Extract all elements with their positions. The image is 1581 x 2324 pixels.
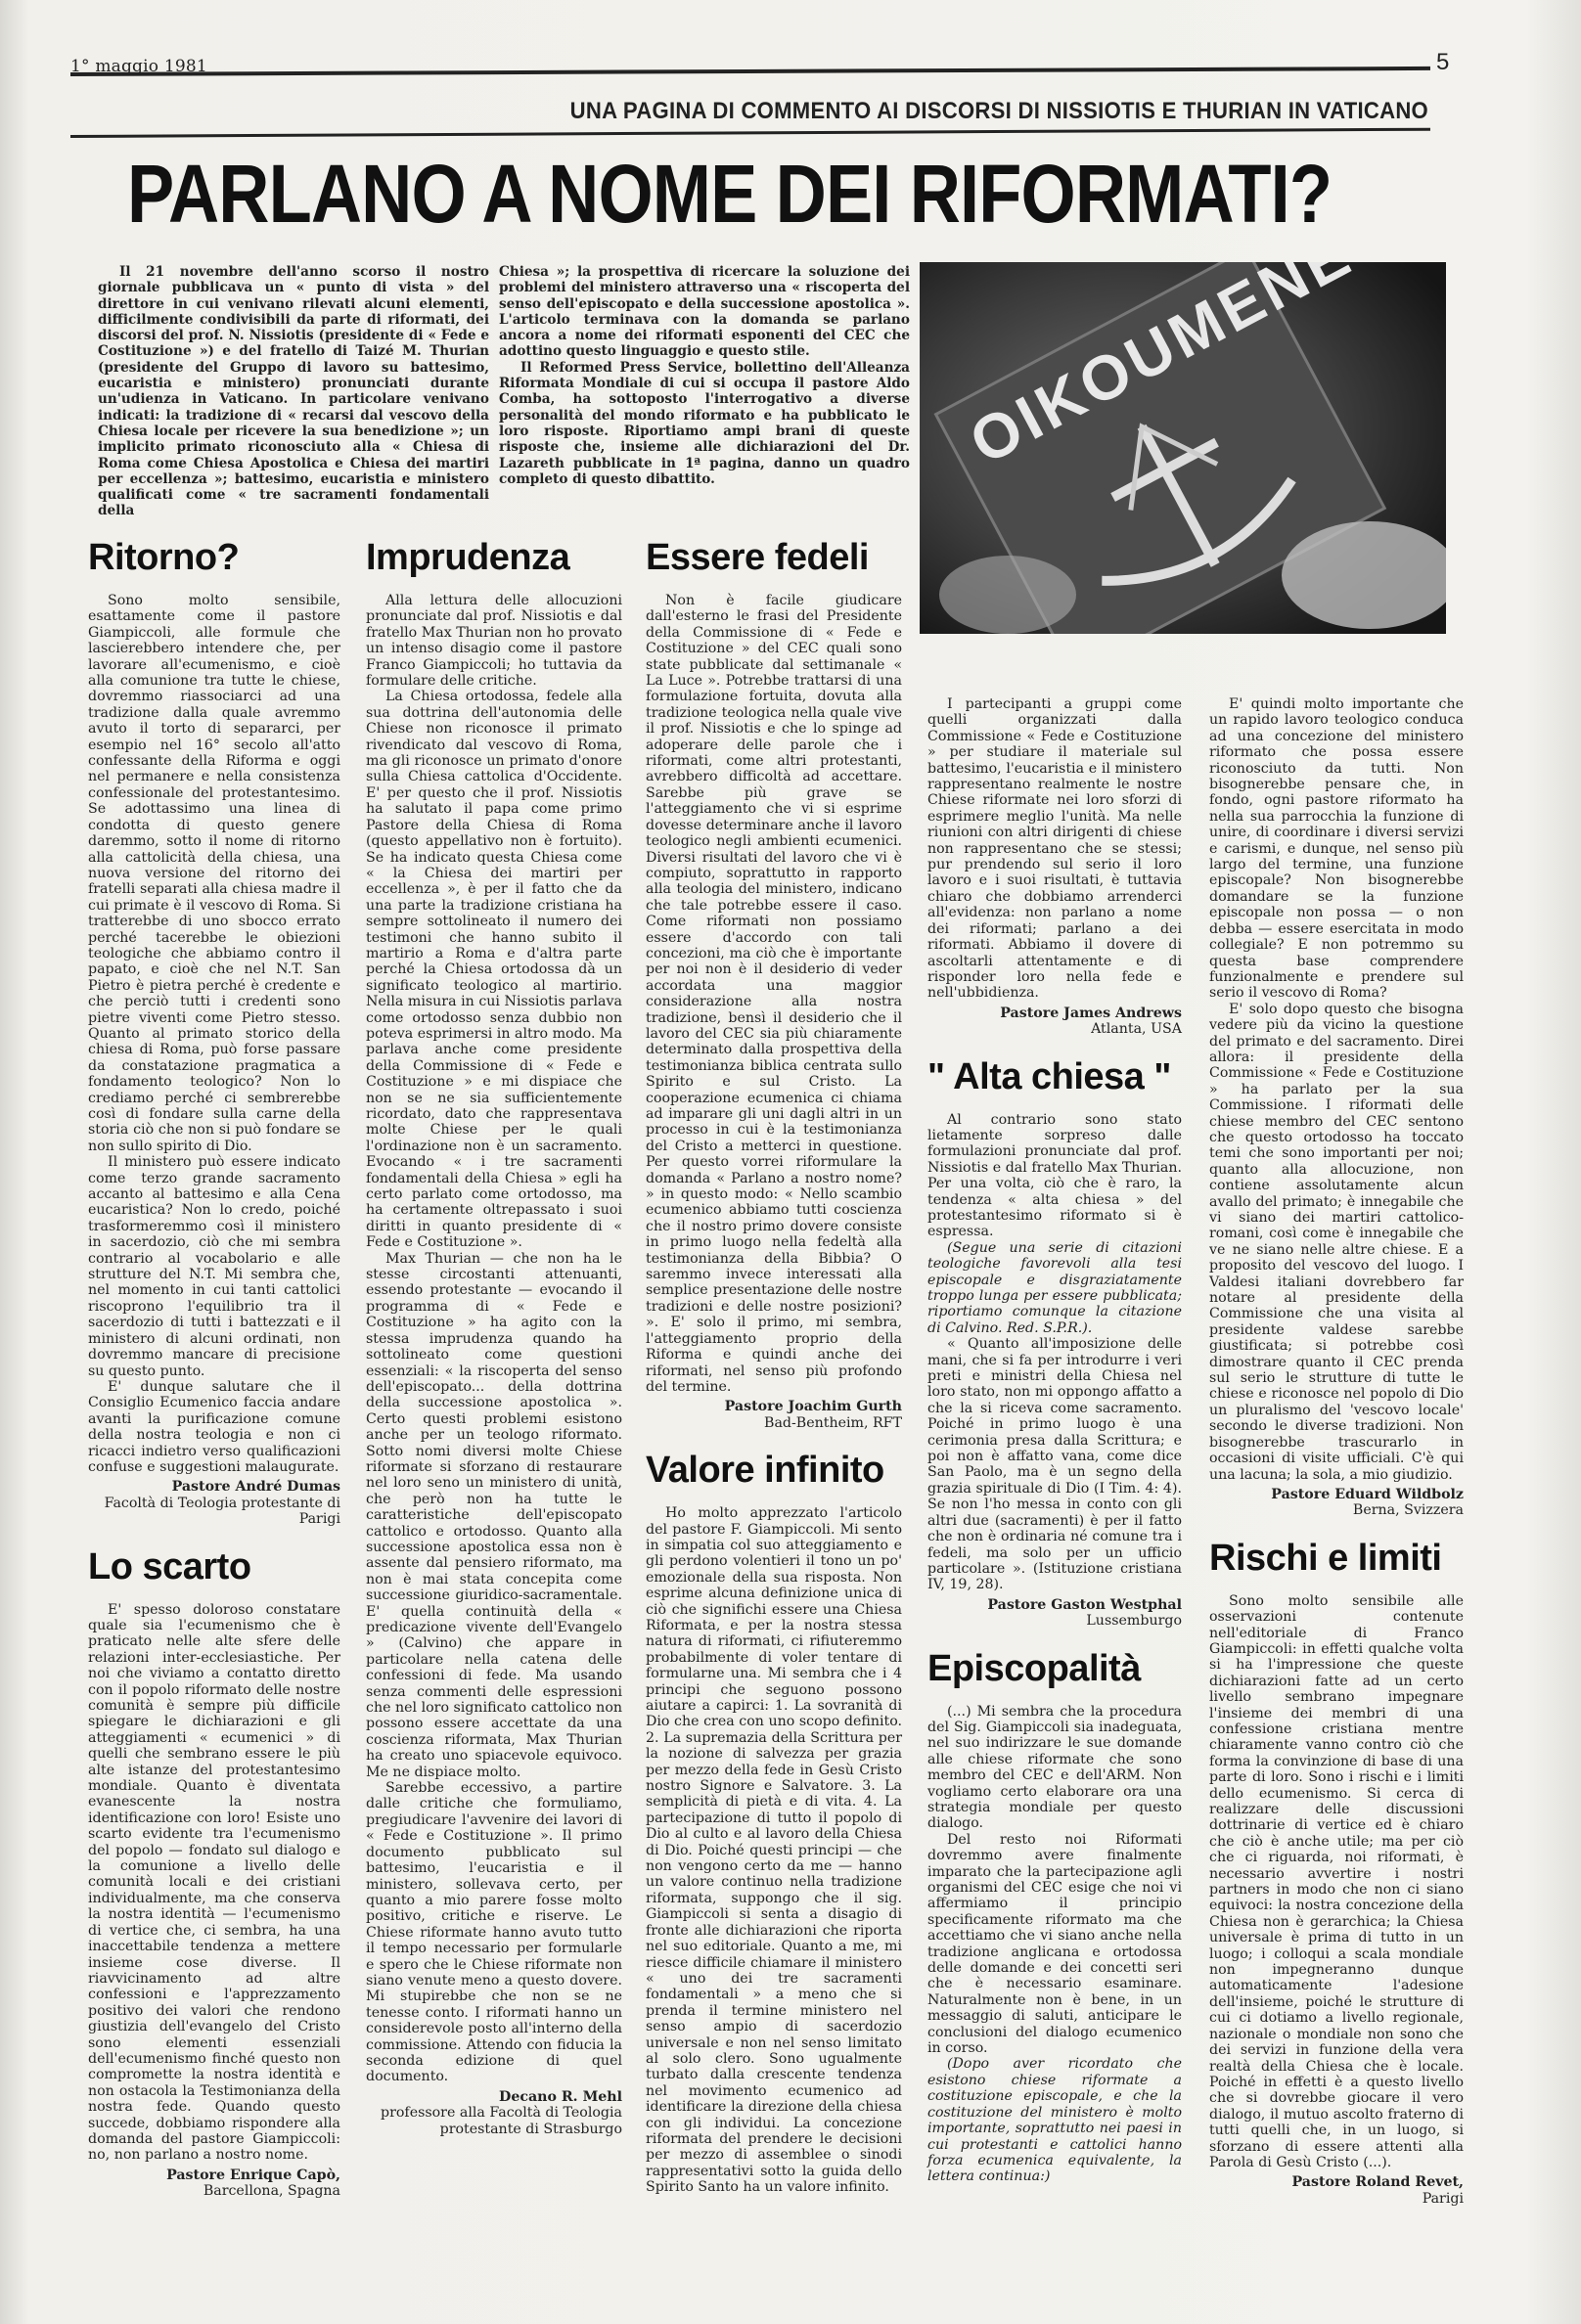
paragraph: (...) Mi sembra che la procedura del Sig… [927,1704,1182,1832]
paragraph: Il ministero può essere indicato come te… [88,1154,340,1379]
editor-note: (Dopo aver ricordato che esistono chiese… [927,2056,1182,2184]
paragraph: Sono molto sensibile alle osservazioni c… [1209,1593,1464,2171]
page-headline: PARLANO A NOME DEI RIFORMATI? [127,147,1254,242]
paragraph: Alla lettura delle allocuzioni pronuncia… [366,593,622,689]
affiliation: Berna, Svizzera [1209,1502,1464,1518]
paragraph: Al contrario sono stato lietamente sorpr… [927,1112,1182,1240]
article-title: Valore infinito [646,1449,902,1492]
intro-paragraph: Il Reformed Press Service, bollettino de… [499,360,910,487]
intro-paragraph: Il 21 novembre dell'anno scorso il nostr… [98,264,489,519]
column-2: Imprudenza Alla lettura delle allocuzion… [366,536,622,2137]
author: Decano R. Mehl [366,2089,622,2105]
paragraph: Max Thurian — che non ha le stesse circo… [366,1251,622,1780]
article-title: Ritorno? [88,536,340,579]
article-title: Rischi e limiti [1209,1537,1464,1580]
column-4: I partecipanti a gruppi come quelli orga… [927,696,1182,2185]
paragraph: Sono molto sensibile, esattamente come i… [88,593,340,1154]
affiliation: Parigi [1209,2191,1464,2207]
article-valore-infinito: Valore infinito Ho molto apprezzato l'ar… [646,1449,902,2195]
page-number: 5 [1436,49,1449,76]
kicker: UNA PAGINA DI COMMENTO AI DISCORSI DI NI… [384,98,1428,125]
article-title: Essere fedeli [646,536,902,579]
article-title: Lo scarto [88,1545,340,1588]
author: Pastore James Andrews [927,1006,1182,1021]
column-3: Essere fedeli Non è facile giudicare dal… [646,536,902,2196]
article-essere-fedeli: Essere fedeli Non è facile giudicare dal… [646,536,902,1431]
article-imprudenza: Imprudenza Alla lettura delle allocuzion… [366,536,622,2137]
intro-paragraph: Chiesa »; la prospettiva di ricercare la… [499,264,910,360]
oikoumene-photo: OIKOUMENE [920,262,1446,634]
author: Pastore Joachim Gurth [646,1399,902,1414]
article-rischi-e-limiti: Rischi e limiti Sono molto sensibile all… [1209,1537,1464,2207]
author: Pastore Gaston Westphal [927,1597,1182,1613]
paragraph: E' solo dopo questo che bisogna vedere p… [1209,1002,1464,1483]
kicker-rule [70,128,1430,138]
oikoumene-logo-icon: OIKOUMENE [920,262,1446,634]
editor-note: (Segue una serie di citazioni teologiche… [927,1240,1182,1336]
intro-left: Il 21 novembre dell'anno scorso il nostr… [98,264,489,519]
article-alta-chiesa: " Alta chiesa " Al contrario sono stato … [927,1055,1182,1630]
column-1: Ritorno? Sono molto sensibile, esattamen… [88,536,340,2200]
affiliation: Lussemburgo [927,1613,1182,1629]
quotation: « Quanto all'imposizione delle mani, che… [927,1336,1182,1593]
article-title: Imprudenza [366,536,622,579]
author: Pastore Roland Revet, [1209,2174,1464,2190]
newspaper-page: 1° maggio 1981 5 UNA PAGINA DI COMMENTO … [0,0,1581,2324]
paragraph: E' spesso doloroso constatare quale sia … [88,1602,340,2164]
paragraph: I partecipanti a gruppi come quelli orga… [927,696,1182,1002]
author: Pastore Enrique Capò, [88,2168,340,2183]
paragraph: La Chiesa ortodossa, fedele alla sua dot… [366,689,622,1250]
paragraph: E' quindi molto importante che un rapido… [1209,696,1464,1002]
article-ritorno: Ritorno? Sono molto sensibile, esattamen… [88,536,340,1528]
affiliation: Facoltà di Teologia protestante di Parig… [88,1496,340,1528]
affiliation: Bad-Bentheim, RFT [646,1415,902,1431]
paragraph: Sarebbe eccessivo, a partire dalle criti… [366,1780,622,2085]
article-title: " Alta chiesa " [927,1055,1182,1098]
article-title: Episcopalità [927,1647,1182,1690]
paragraph: Ho molto apprezzato l'articolo del pasto… [646,1505,902,2195]
affiliation: Atlanta, USA [927,1021,1182,1037]
intro-right: Chiesa »; la prospettiva di ricercare la… [499,264,910,487]
article-episcopalita: Episcopalità (...) Mi sembra che la proc… [927,1647,1182,2185]
paragraph: E' dunque salutare che il Consiglio Ecum… [88,1379,340,1475]
header-rule [70,67,1430,76]
author: Pastore Eduard Wildbolz [1209,1487,1464,1502]
author: Pastore André Dumas [88,1479,340,1495]
column-5: E' quindi molto importante che un rapido… [1209,696,1464,2207]
affiliation: Barcellona, Spagna [88,2183,340,2199]
paragraph: Del resto noi Riformati dovremmo avere f… [927,1832,1182,2057]
article-scarto: Lo scarto E' spesso doloroso constatare … [88,1545,340,2200]
paragraph: Non è facile giudicare dall'esterno le f… [646,593,902,1395]
affiliation: professore alla Facoltà di Teologia prot… [366,2105,622,2137]
